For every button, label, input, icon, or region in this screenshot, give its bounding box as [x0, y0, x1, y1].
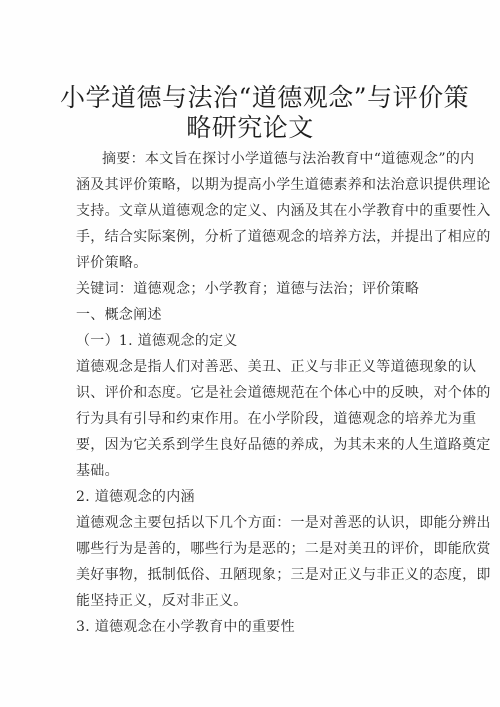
paragraph-line: 行为具有引导和约束作用。在小学阶段，道德观念的培养尤为重	[76, 406, 428, 432]
subsection-heading: （一）1. 道德观念的定义	[76, 328, 428, 354]
document-title: 小学道德与法治“道德观念”与评价策 略研究论文	[60, 83, 440, 143]
connotation-paragraph: 道德观念主要包括以下几个方面：一是对善恶的认识，即能分辨出 哪些行为是善的，哪些…	[76, 510, 428, 614]
abstract-paragraph: 摘要：本文旨在探讨小学道德与法治教育中“道德观念”的内 涵及其评价策略，以期为提…	[76, 146, 428, 276]
abstract-line: 手，结合实际案例，分析了道德观念的培养方法，并提出了相应的	[76, 224, 428, 250]
subsection-heading: 3. 道德观念在小学教育中的重要性	[76, 614, 428, 640]
paragraph-line: 美好事物，抵制低俗、丑陋现象；三是对正义与非正义的态度，即	[76, 562, 428, 588]
abstract-line: 涵及其评价策略，以期为提高小学生道德素养和法治意识提供理论	[76, 172, 428, 198]
definition-paragraph: 道德观念是指人们对善恶、美丑、正义与非正义等道德现象的认 识、评价和态度。它是社…	[76, 354, 428, 484]
paragraph-line: 识、评价和态度。它是社会道德规范在个体心中的反映，对个体的	[76, 380, 428, 406]
paragraph-line: 道德观念是指人们对善恶、美丑、正义与非正义等道德现象的认	[76, 354, 428, 380]
keywords: 关键词：道德观念；小学教育；道德与法治；评价策略	[76, 276, 428, 302]
subsection-heading: 2. 道德观念的内涵	[76, 484, 428, 510]
paragraph-line: 基础。	[76, 458, 428, 484]
abstract-line: 评价策略。	[76, 250, 428, 276]
title-line-2: 略研究论文	[60, 113, 440, 143]
paragraph-line: 能坚持正义，反对非正义。	[76, 588, 428, 614]
section-heading: 一、概念阐述	[76, 302, 428, 328]
paragraph-line: 道德观念主要包括以下几个方面：一是对善恶的认识，即能分辨出	[76, 510, 428, 536]
abstract-line: 支持。文章从道德观念的定义、内涵及其在小学教育中的重要性入	[76, 198, 428, 224]
title-line-1: 小学道德与法治“道德观念”与评价策	[60, 83, 440, 113]
paragraph-line: 要，因为它关系到学生良好品德的养成，为其未来的人生道路奠定	[76, 432, 428, 458]
document-body: 摘要：本文旨在探讨小学道德与法治教育中“道德观念”的内 涵及其评价策略，以期为提…	[76, 146, 428, 640]
paragraph-line: 哪些行为是善的，哪些行为是恶的；二是对美丑的评价，即能欣赏	[76, 536, 428, 562]
document-page: 小学道德与法治“道德观念”与评价策 略研究论文 摘要：本文旨在探讨小学道德与法治…	[0, 0, 500, 707]
abstract-line: 摘要：本文旨在探讨小学道德与法治教育中“道德观念”的内	[76, 146, 428, 172]
